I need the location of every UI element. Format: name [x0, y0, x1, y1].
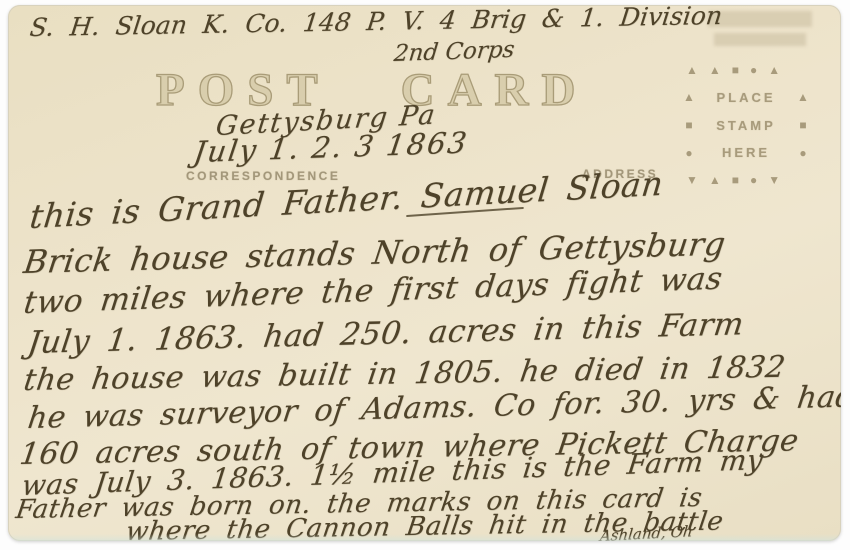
stamp-word-stamp: STAMP — [716, 118, 776, 133]
postmark-remnant — [708, 11, 812, 27]
square-icon: ■ — [682, 118, 696, 132]
stamp-border-glyphs: ▲▲■●▲ — [682, 63, 791, 77]
stamp-box-border-bottom: ▼▲■●▼ — [680, 173, 812, 187]
stamp-box-border-top: ▲▲■●▲ — [680, 63, 812, 77]
stamp-border-glyphs: ▼▲■●▼ — [682, 173, 791, 187]
stamp-box-row-place: ▲ PLACE ▲ — [680, 90, 812, 105]
stamp-word-here: HERE — [722, 145, 770, 160]
postmark-remnant — [714, 33, 806, 46]
circle-icon: ● — [682, 146, 696, 160]
handwritten-corps-line: 2nd Corps — [393, 37, 516, 67]
handwritten-unit-line: S. H. Sloan K. Co. 148 P. V. 4 Brig & 1.… — [28, 5, 724, 42]
triangle-icon: ▲ — [796, 90, 810, 104]
stamp-word-place: PLACE — [716, 90, 775, 105]
handwritten-body-line: this is Grand Father. Samuel Sloan — [28, 164, 665, 236]
square-icon: ■ — [796, 118, 810, 132]
postcard-back: POST CARD CORRESPONDENCE ADDRESS ▲▲■●▲ ▲… — [8, 5, 841, 541]
circle-icon: ● — [796, 146, 810, 160]
stamp-box-row-stamp: ■ STAMP ■ — [680, 118, 812, 133]
triangle-icon: ▲ — [682, 90, 696, 104]
stamp-box-row-here: ● HERE ● — [680, 145, 812, 160]
stamp-box: ▲▲■●▲ ▲ PLACE ▲ ■ STAMP ■ ● HERE ● ▼▲■●▼ — [680, 63, 812, 187]
